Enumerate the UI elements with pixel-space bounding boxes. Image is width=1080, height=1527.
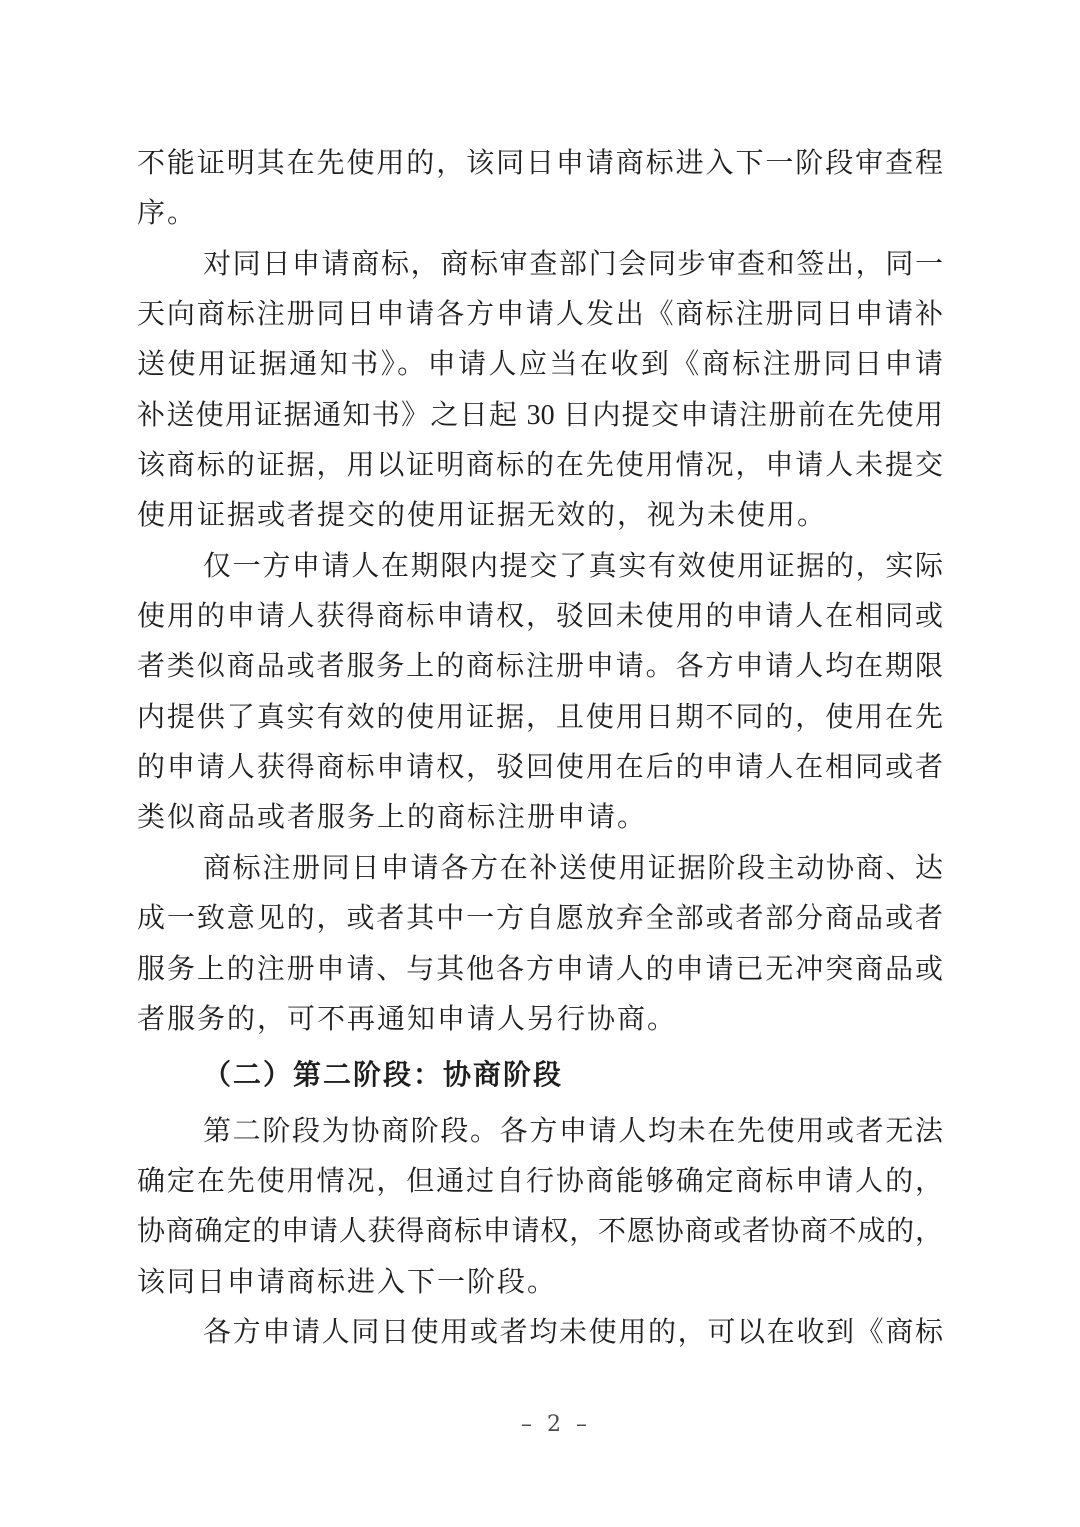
text-line: 使用证据或者提交的使用证据无效的，视为未使用。 [137,491,943,541]
text-line: 成一致意见的，或者其中一方自愿放弃全部或者部分商品或者 [137,894,943,944]
text-line: 仅一方申请人在期限内提交了真实有效使用证据的，实际 [137,542,943,592]
text-line: 确定在先使用情况，但通过自行协商能够确定商标申请人的， [137,1157,943,1207]
text-line: 服务上的注册申请、与其他各方申请人的申请已无冲突商品或 [137,945,943,995]
text-line: 的申请人获得商标申请权，驳回使用在后的申请人在相同或者 [137,743,943,793]
text-line: 者类似商品或者服务上的商标注册申请。各方申请人均在期限 [137,642,943,692]
text-line: 各方申请人同日使用或者均未使用的，可以在收到《商标 [137,1308,943,1358]
text-line: 补送使用证据通知书》之日起 30 日内提交申请注册前在先使用 [137,391,943,441]
document-body: 不能证明其在先使用的，该同日申请商标进入下一阶段审查程 序。 对同日申请商标，商… [137,139,943,1358]
text-line: 者服务的，可不再通知申请人另行协商。 [137,995,943,1045]
text-line: 商标注册同日申请各方在补送使用证据阶段主动协商、达 [137,844,943,894]
section-heading: （二）第二阶段：协商阶段 [137,1051,943,1101]
document-page: 不能证明其在先使用的，该同日申请商标进入下一阶段审查程 序。 对同日申请商标，商… [0,0,1080,1527]
text-line: 第二阶段为协商阶段。各方申请人均未在先使用或者无法 [137,1107,943,1157]
text-line: 该同日申请商标进入下一阶段。 [137,1258,943,1308]
text-line: 天向商标注册同日申请各方申请人发出《商标注册同日申请补 [137,290,943,340]
text-line: 对同日申请商标，商标审查部门会同步审查和签出，同一 [137,240,943,290]
text-line: 不能证明其在先使用的，该同日申请商标进入下一阶段审查程 [137,139,943,189]
page-number: – 2 – [0,1412,1080,1437]
text-line: 内提供了真实有效的使用证据，且使用日期不同的，使用在先 [137,693,943,743]
text-line: 使用的申请人获得商标申请权，驳回未使用的申请人在相同或 [137,592,943,642]
text-line: 该商标的证据，用以证明商标的在先使用情况，申请人未提交 [137,441,943,491]
text-line: 类似商品或者服务上的商标注册申请。 [137,793,943,843]
text-line: 协商确定的申请人获得商标申请权，不愿协商或者协商不成的， [137,1207,943,1257]
text-line: 序。 [137,189,943,239]
text-line: 送使用证据通知书》。申请人应当在收到《商标注册同日申请 [137,340,943,390]
